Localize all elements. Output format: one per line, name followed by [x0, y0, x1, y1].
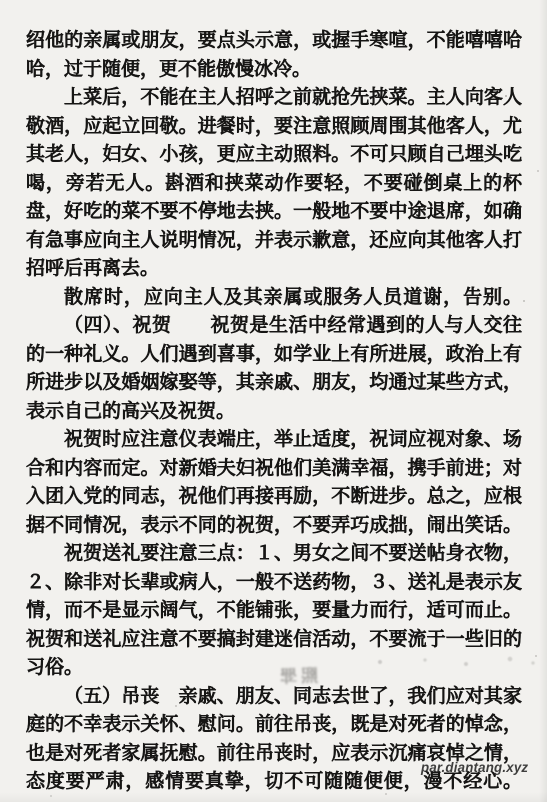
text-line-6: 喝，旁若无人。斟酒和挟菜动作要轻，不要碰倒桌上的杯 [26, 170, 522, 199]
ink-smudge-artifact: 熙斝 [276, 661, 319, 687]
ink-speck-band [370, 655, 540, 669]
text-line-13: 所进步以及婚姻嫁娶等，其亲戚、朋友，均通过某些方式， [26, 369, 522, 398]
text-line-4: 敬酒，应起立回敬。进餐时，要注意照顾周围其他客人，尤 [26, 113, 522, 142]
text-line-18: 据不同情况，表示不同的祝贺，不要弄巧成拙，闹出笑话。 [26, 512, 522, 541]
text-line-21: 情，而不是显示阔气，不能铺张，要量力而行，适可而止。 [26, 597, 522, 626]
text-line-19: 祝贺送礼要注意三点：１、男女之间不要送帖身衣物， [26, 540, 522, 569]
text-line-16: 合和内容而定。对新婚夫妇祝他们美满幸福，携手前进；对 [26, 455, 522, 484]
text-line-11: （四）、祝贺 祝贺是生活中经常遇到的人与人交往 [26, 312, 522, 341]
text-line-22: 祝贺和送礼应注意不要搞封建迷信活动，不要流于一些旧的 [26, 626, 522, 655]
text-line-12: 的一种礼义。人们遇到喜事，如学业上有所进展，政治上有 [26, 341, 522, 370]
text-line-7: 盘，好吃的菜不要不停地去挟。一般地不要中途退席，如确 [26, 198, 522, 227]
text-line-10: 散席时，应向主人及其亲属或服务人员道谢，告别。 [26, 284, 522, 313]
text-line-17: 入团入党的同志，祝他们再接再励，不断进步。总之，应根 [26, 483, 522, 512]
text-line-3: 上菜后，不能在主人招呼之前就抢先挟菜。主人向客人 [26, 84, 522, 113]
text-line-8: 有急事应向主人说明情况，并表示歉意，还应向其他客人打 [26, 227, 522, 256]
text-line-24: （五）吊丧 亲戚、朋友、同志去世了，我们应对其家 [26, 683, 522, 712]
text-line-1: 绍他的亲属或朋友，要点头示意，或握手寒喧，不能嘻嘻哈 [26, 27, 522, 56]
text-line-14: 表示自己的高兴及祝贺。 [26, 398, 522, 427]
scanned-book-page: 绍他的亲属或朋友，要点头示意，或握手寒喧，不能嘻嘻哈哈，过于随便，更不能傲慢冰冷… [0, 0, 547, 802]
text-line-9: 招呼后再离去。 [26, 255, 522, 284]
text-line-25: 庭的不幸表示关怀、慰问。前往吊丧，既是对死者的悼念， [26, 711, 522, 740]
text-line-5: 其老人，妇女、小孩，更应主动照料。不可只顾自己埋头吃 [26, 141, 522, 170]
watermark-text: par.diantang.xyz [421, 759, 528, 775]
text-line-20: ２、除非对长辈或病人，一般不送药物，３、送礼是表示友 [26, 569, 522, 598]
text-line-15: 祝贺时应注意仪表端庄，举止适度，祝词应视对象、场 [26, 426, 522, 455]
body-text-block: 绍他的亲属或朋友，要点头示意，或握手寒喧，不能嘻嘻哈哈，过于随便，更不能傲慢冰冷… [26, 27, 522, 797]
text-line-2: 哈，过于随便，更不能傲慢冰冷。 [26, 56, 522, 85]
